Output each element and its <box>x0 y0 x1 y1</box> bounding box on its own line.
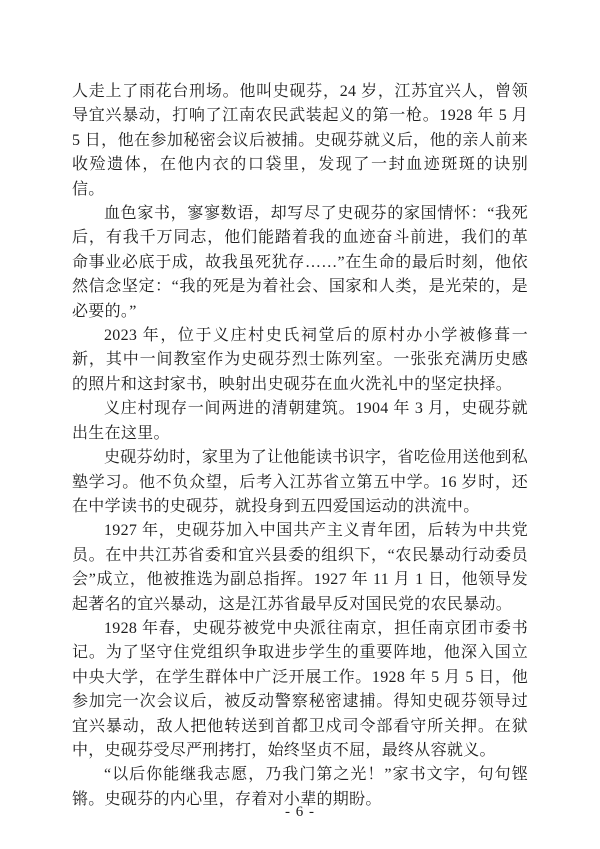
paragraph: 人走上了雨花台刑场。他叫史砚芬，24 岁，江苏宜兴人，曾领导宜兴暴动，打响了江南… <box>72 80 528 202</box>
paragraph: 1927 年，史砚芬加入中国共产主义青年团，后转为中共党员。在中共江苏省委和宜兴… <box>72 519 528 617</box>
page-number: - 6 - <box>0 804 600 821</box>
paragraph: 史砚芬幼时，家里为了让他能读书识字，省吃俭用送他到私塾学习。他不负众望，后考入江… <box>72 446 528 519</box>
paragraph: 2023 年，位于义庄村史氏祠堂后的原村办小学被修葺一新，其中一间教室作为史砚芬… <box>72 324 528 397</box>
paragraph: 1928 年春，史砚芬被党中央派往南京，担任南京团市委书记。为了坚守住党组织争取… <box>72 617 528 763</box>
paragraph: 血色家书，寥寥数语，却写尽了史砚芬的家国情怀：“我死后，有我千万同志，他们能踏着… <box>72 202 528 324</box>
paragraph: 义庄村现存一间两进的清朝建筑。1904 年 3 月，史砚芬就出生在这里。 <box>72 397 528 446</box>
document-page: 人走上了雨花台刑场。他叫史砚芬，24 岁，江苏宜兴人，曾领导宜兴暴动，打响了江南… <box>0 0 600 849</box>
